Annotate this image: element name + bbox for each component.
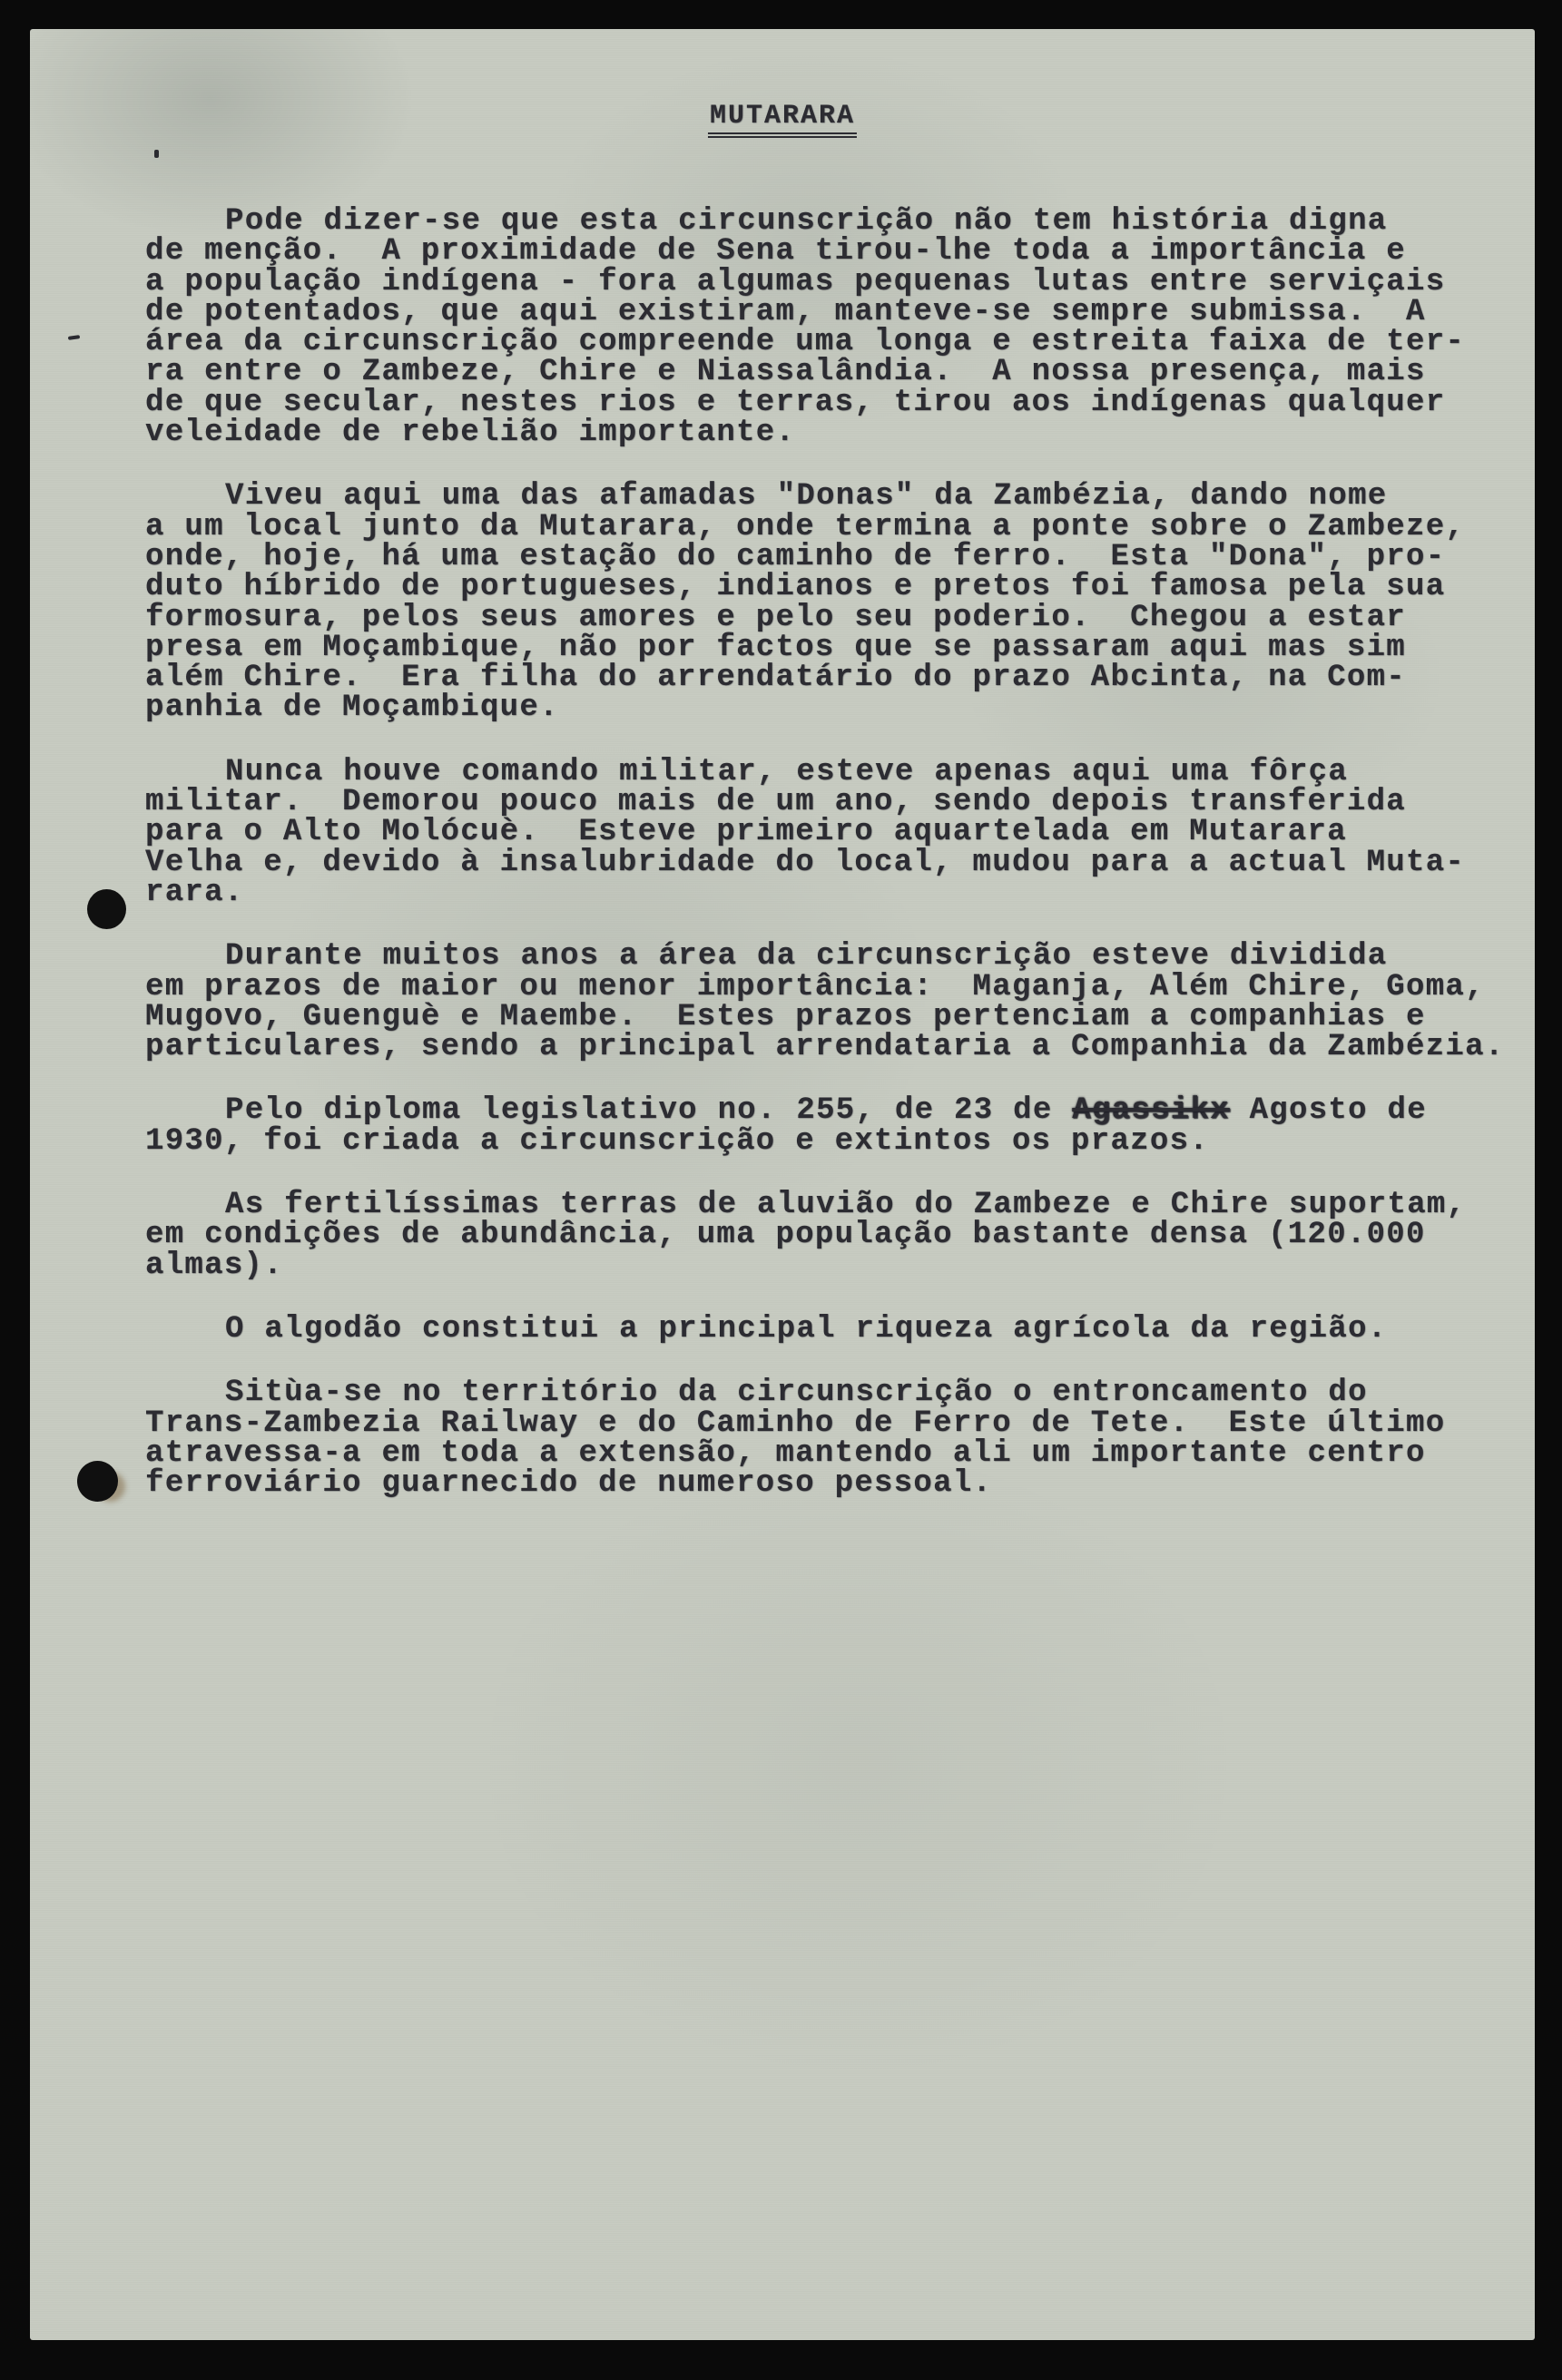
text-segment: Agosto de (1230, 1093, 1427, 1128)
text-segment: ra entre o Zambeze, Chire e Niassalândia… (145, 355, 1426, 389)
text-line: ra entre o Zambeze, Chire e Niassalândia… (145, 357, 1517, 387)
text-line: a um local junto da Mutarara, onde termi… (145, 513, 1517, 543)
text-line: presa em Moçambique, não por factos que … (145, 633, 1517, 663)
text-segment: de que secular, nestes rios e terras, ti… (145, 386, 1445, 420)
text-segment: Velha e, devido à insalubridade do local… (145, 846, 1465, 880)
text-segment: militar. Demorou pouco mais de um ano, s… (145, 785, 1406, 819)
text-line: duto híbrido de portugueses, indianos e … (145, 573, 1517, 602)
text-segment: rara. (145, 876, 244, 910)
scanned-page: MUTARARA Pode dizer-se que esta circunsc… (0, 0, 1562, 2380)
paragraph: Viveu aqui uma das afamadas "Donas" da Z… (145, 482, 1517, 723)
text-segment: panhia de Moçambique. (145, 690, 559, 725)
paragraph: Sitùa-se no território da circunscrição … (145, 1378, 1517, 1499)
text-line: Pelo diploma legislativo no. 255, de 23 … (145, 1096, 1517, 1126)
text-segment: As fertilíssimas terras de aluvião do Za… (225, 1188, 1466, 1222)
paragraph: Durante muitos anos a área da circunscri… (145, 942, 1517, 1063)
text-line: de potentados, que aqui existiram, mante… (145, 298, 1517, 328)
text-segment: veleidade de rebelião importante. (145, 416, 795, 450)
text-segment: O algodão constitui a principal riqueza … (225, 1312, 1388, 1347)
text-line: particulares, sendo a principal arrendat… (145, 1033, 1517, 1063)
text-line: onde, hoje, há uma estação do caminho de… (145, 543, 1517, 573)
text-line: de que secular, nestes rios e terras, ti… (145, 388, 1517, 418)
text-segment: Nunca houve comando militar, esteve apen… (225, 755, 1348, 789)
text-segment: formosura, pelos seus amores e pelo seu … (145, 601, 1406, 635)
text-line: de menção. A proximidade de Sena tirou-l… (145, 237, 1517, 267)
text-segment: Viveu aqui uma das afamadas "Donas" da Z… (225, 479, 1388, 514)
text-segment: particulares, sendo a principal arrendat… (145, 1030, 1505, 1064)
text-line: Trans-Zambezia Railway e do Caminho de F… (145, 1409, 1517, 1439)
punch-hole-top (87, 889, 126, 929)
text-segment: Sitùa-se no território da circunscrição … (225, 1376, 1368, 1410)
text-segment: de potentados, que aqui existiram, mante… (145, 295, 1426, 329)
text-segment: atravessa-a em toda a extensão, mantendo… (145, 1436, 1426, 1471)
text-line: Velha e, devido à insalubridade do local… (145, 848, 1517, 878)
struck-out-text: Agassikx (1072, 1093, 1230, 1128)
text-segment: Pode dizer-se que esta circunscrição não… (225, 204, 1388, 239)
text-line: em condições de abundância, uma populaçã… (145, 1220, 1517, 1250)
text-line: atravessa-a em toda a extensão, mantendo… (145, 1439, 1517, 1469)
text-line: em prazos de maior ou menor importância:… (145, 973, 1517, 1003)
punch-hole-bottom (77, 1461, 118, 1502)
text-line: veleidade de rebelião importante. (145, 418, 1517, 448)
text-line: formosura, pelos seus amores e pelo seu … (145, 603, 1517, 633)
text-segment: duto híbrido de portugueses, indianos e … (145, 570, 1445, 604)
paragraph: As fertilíssimas terras de aluvião do Za… (145, 1190, 1517, 1281)
text-segment: Trans-Zambezia Railway e do Caminho de F… (145, 1406, 1445, 1441)
text-segment: em prazos de maior ou menor importância:… (145, 970, 1485, 1004)
text-line: O algodão constitui a principal riqueza … (145, 1315, 1517, 1345)
document-body: Pode dizer-se que esta circunscrição não… (30, 207, 1535, 1499)
paragraph: Nunca houve comando militar, esteve apen… (145, 758, 1517, 908)
text-line: panhia de Moçambique. (145, 693, 1517, 723)
text-line: Sitùa-se no território da circunscrição … (145, 1378, 1517, 1408)
text-segment: de menção. A proximidade de Sena tirou-l… (145, 234, 1406, 269)
text-line: ferroviário guarnecido de numeroso pesso… (145, 1469, 1517, 1499)
text-line: almas). (145, 1251, 1517, 1281)
text-line: 1930, foi criada a circunscrição e extin… (145, 1127, 1517, 1157)
text-segment: Pelo diploma legislativo no. 255, de 23 … (225, 1093, 1072, 1128)
text-segment: em condições de abundância, uma populaçã… (145, 1218, 1426, 1252)
text-line: a população indígena - fora algumas pequ… (145, 268, 1517, 298)
text-segment: área da circunscrição compreende uma lon… (145, 325, 1465, 359)
text-segment: para o Alto Molócuè. Esteve primeiro aqu… (145, 815, 1347, 849)
text-segment: a um local junto da Mutarara, onde termi… (145, 510, 1465, 544)
text-line: Viveu aqui uma das afamadas "Donas" da Z… (145, 482, 1517, 512)
paragraph: O algodão constitui a principal riqueza … (145, 1315, 1517, 1345)
text-line: além Chire. Era filha do arrendatário do… (145, 663, 1517, 693)
text-line: As fertilíssimas terras de aluvião do Za… (145, 1190, 1517, 1220)
text-segment: Mugovo, Guenguè e Maembe. Estes prazos p… (145, 1000, 1426, 1034)
text-line: Pode dizer-se que esta circunscrição não… (145, 207, 1517, 237)
text-segment: 1930, foi criada a circunscrição e extin… (145, 1124, 1209, 1159)
paragraph: Pelo diploma legislativo no. 255, de 23 … (145, 1096, 1517, 1157)
text-segment: além Chire. Era filha do arrendatário do… (145, 661, 1406, 695)
text-line: Mugovo, Guenguè e Maembe. Estes prazos p… (145, 1003, 1517, 1033)
text-line: Durante muitos anos a área da circunscri… (145, 942, 1517, 972)
text-line: militar. Demorou pouco mais de um ano, s… (145, 788, 1517, 818)
paragraph: Pode dizer-se que esta circunscrição não… (145, 207, 1517, 448)
text-line: área da circunscrição compreende uma lon… (145, 328, 1517, 357)
paper-sheet: MUTARARA Pode dizer-se que esta circunsc… (30, 29, 1535, 2340)
text-segment: presa em Moçambique, não por factos que … (145, 631, 1406, 665)
text-segment: a população indígena - fora algumas pequ… (145, 265, 1445, 299)
text-line: para o Alto Molócuè. Esteve primeiro aqu… (145, 818, 1517, 847)
text-segment: almas). (145, 1249, 283, 1283)
text-segment: onde, hoje, há uma estação do caminho de… (145, 540, 1445, 574)
text-line: rara. (145, 878, 1517, 908)
text-segment: ferroviário guarnecido de numeroso pesso… (145, 1466, 992, 1501)
page-title: MUTARARA (708, 102, 857, 138)
text-segment: Durante muitos anos a área da circunscri… (225, 939, 1388, 974)
title-row: MUTARARA (30, 102, 1535, 138)
text-line: Nunca houve comando militar, esteve apen… (145, 758, 1517, 788)
ink-speck-dot (154, 150, 159, 158)
